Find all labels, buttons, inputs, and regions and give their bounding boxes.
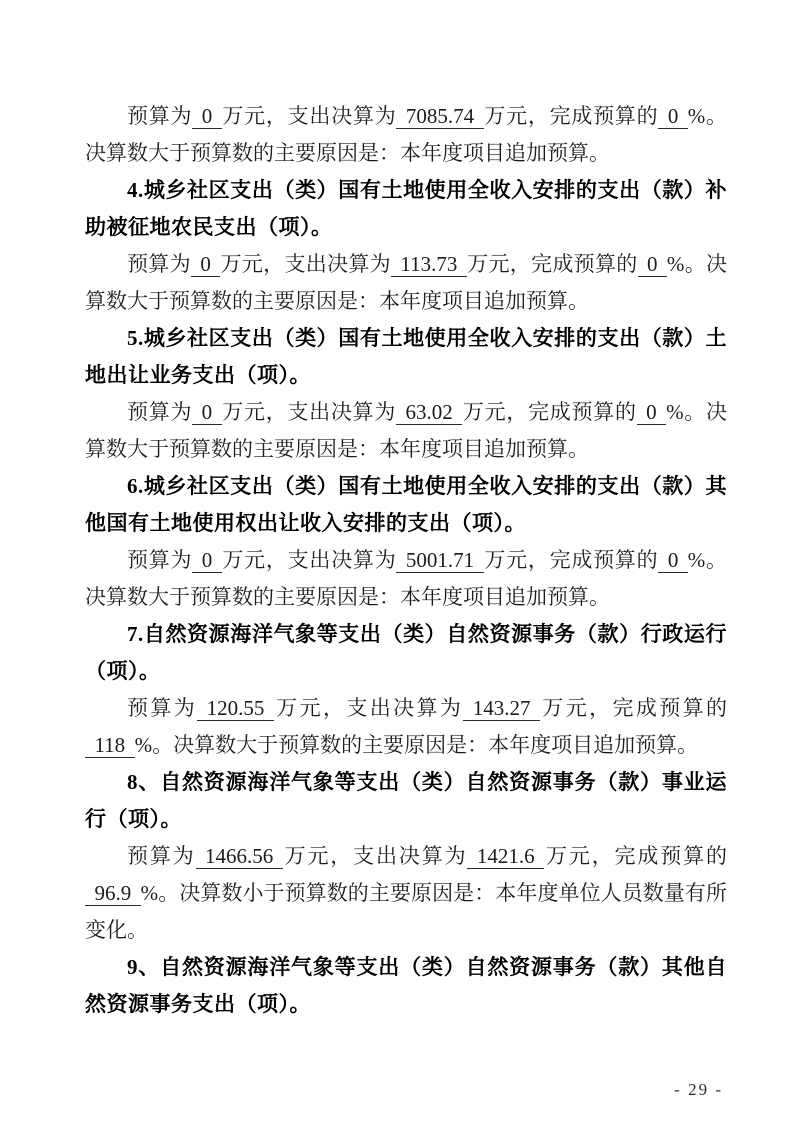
budget-blank-value: 0	[192, 548, 221, 573]
budget-blank-value: 0	[192, 104, 221, 129]
budget-paragraph-item7: 预算为120.55万元，支出决算为143.27万元，完成预算的118%。决算数大…	[85, 690, 727, 764]
budget-paragraph-item8: 预算为1466.56万元，支出决算为1421.6万元，完成预算的96.9%。决算…	[85, 838, 727, 949]
text-run: 预算为	[127, 844, 196, 868]
budget-blank-value: 118	[85, 733, 135, 758]
budget-paragraph-item5: 预算为0万元，支出决算为63.02万元，完成预算的0%。决算数大于预算数的主要原…	[85, 394, 727, 468]
budget-blank-value: 113.73	[391, 252, 467, 277]
budget-blank-value: 63.02	[396, 400, 462, 425]
budget-blank-value: 143.27	[463, 696, 540, 721]
text-run: 万元，完成预算的	[540, 696, 727, 720]
budget-paragraph-item3: 预算为0万元，支出决算为7085.74万元，完成预算的0%。决算数大于预算数的主…	[85, 98, 727, 172]
text-run: 预算为	[127, 548, 192, 572]
budget-blank-value: 0	[192, 400, 221, 425]
budget-blank-value: 120.55	[197, 696, 274, 721]
budget-blank-value: 1421.6	[467, 844, 544, 869]
document-page: 预算为0万元，支出决算为7085.74万元，完成预算的0%。决算数大于预算数的主…	[0, 0, 793, 1122]
section-heading-7: 7.自然资源海洋气象等支出（类）自然资源事务（款）行政运行（项）。	[85, 616, 727, 690]
section-heading-4: 4.城乡社区支出（类）国有土地使用全收入安排的支出（款）补助被征地农民支出（项）…	[85, 172, 727, 246]
budget-blank-value: 0	[638, 252, 667, 277]
section-heading-9: 9、自然资源海洋气象等支出（类）自然资源事务（款）其他自然资源事务支出（项）。	[85, 949, 727, 1023]
budget-paragraph-item6: 预算为0万元，支出决算为5001.71万元，完成预算的0%。决算数大于预算数的主…	[85, 542, 727, 616]
text-run: 万元，完成预算的	[467, 252, 638, 276]
budget-blank-value: 0	[658, 548, 687, 573]
text-run: 万元，完成预算的	[484, 548, 659, 572]
text-run: 预算为	[127, 400, 192, 424]
text-run: 预算为	[127, 252, 191, 276]
text-run: %。决算数大于预算数的主要原因是：本年度项目追加预算。	[135, 733, 699, 757]
budget-blank-value: 96.9	[85, 881, 141, 906]
text-run: 万元，支出决算为	[283, 844, 468, 868]
budget-blank-value: 1466.56	[196, 844, 283, 869]
budget-blank-value: 5001.71	[396, 548, 483, 573]
text-run: 预算为	[127, 696, 197, 720]
text-run: 预算为	[127, 104, 192, 128]
page-number: - 29 -	[674, 1081, 723, 1098]
text-run: 万元，支出决算为	[274, 696, 464, 720]
budget-blank-value: 0	[191, 252, 220, 277]
text-run: 万元，完成预算的	[462, 400, 637, 424]
text-run: 万元，支出决算为	[222, 400, 397, 424]
text-run: %。决算数小于预算数的主要原因是：本年度单位人员数量有所变化。	[85, 881, 727, 942]
section-heading-8: 8、自然资源海洋气象等支出（类）自然资源事务（款）事业运行（项）。	[85, 764, 727, 838]
section-heading-5: 5.城乡社区支出（类）国有土地使用全收入安排的支出（款）土地出让业务支出（项）。	[85, 320, 727, 394]
section-heading-6: 6.城乡社区支出（类）国有土地使用全收入安排的支出（款）其他国有土地使用权出让收…	[85, 468, 727, 542]
budget-paragraph-item4: 预算为0万元，支出决算为113.73万元，完成预算的0%。决算数大于预算数的主要…	[85, 246, 727, 320]
text-run: 万元，支出决算为	[220, 252, 391, 276]
text-run: 万元，支出决算为	[222, 104, 397, 128]
budget-blank-value: 7085.74	[396, 104, 483, 129]
text-run: 万元，完成预算的	[484, 104, 659, 128]
text-run: 万元，完成预算的	[544, 844, 727, 868]
budget-blank-value: 0	[658, 104, 687, 129]
text-run: 万元，支出决算为	[222, 548, 397, 572]
budget-blank-value: 0	[637, 400, 666, 425]
